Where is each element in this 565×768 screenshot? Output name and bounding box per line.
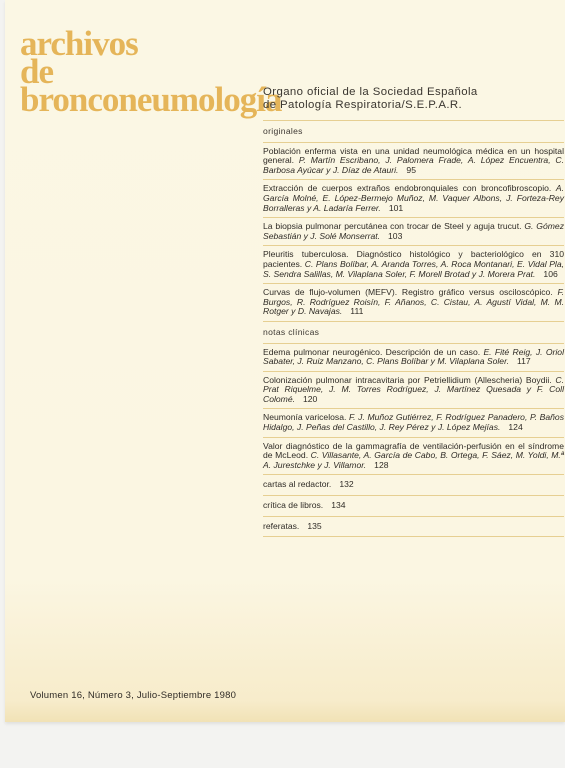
entry-label: cartas al redactor. xyxy=(263,479,331,489)
article-title: Edema pulmonar neurogénico. Descripción … xyxy=(263,347,480,357)
toc-entry-short[interactable]: cartas al redactor.132 xyxy=(263,475,564,496)
toc-entry[interactable]: La biopsia pulmonar percutánea con troca… xyxy=(263,218,564,246)
entry-label: crítica de libros. xyxy=(263,500,323,510)
article-title: Curvas de flujo-volumen (MEFV). Registro… xyxy=(263,287,553,297)
section-heading: originales xyxy=(263,121,564,143)
subtitle-line-2: de Patología Respiratoria/S.E.P.A.R. xyxy=(263,99,563,112)
toc-entry[interactable]: Edema pulmonar neurogénico. Descripción … xyxy=(263,344,564,372)
masthead-line-3: bronconeumología xyxy=(20,86,281,114)
table-of-contents: originalesPoblación enferma vista en una… xyxy=(263,120,564,537)
article-title: Colonización pulmonar intracavitaria por… xyxy=(263,375,552,385)
section-heading: notas clínicas xyxy=(263,322,564,344)
article-page-number: 111 xyxy=(350,306,363,316)
toc-entry-short[interactable]: crítica de libros.134 xyxy=(263,496,564,517)
toc-entry[interactable]: Neumonía varicelosa. F. J. Muñoz Gutiérr… xyxy=(263,409,564,437)
toc-entry[interactable]: Curvas de flujo-volumen (MEFV). Registro… xyxy=(263,284,564,322)
toc-entry[interactable]: Extracción de cuerpos extraños endobronq… xyxy=(263,180,564,218)
article-page-number: 106 xyxy=(543,269,557,279)
article-page-number: 101 xyxy=(389,203,403,213)
article-page-number: 120 xyxy=(303,394,317,404)
toc-entry[interactable]: Población enferma vista en una unidad ne… xyxy=(263,143,564,181)
journal-masthead: archivos de bronconeumología xyxy=(20,30,281,114)
journal-subtitle: Organo oficial de la Sociedad Española d… xyxy=(263,86,563,111)
entry-page-number: 132 xyxy=(339,479,353,489)
entry-page-number: 135 xyxy=(307,521,321,531)
toc-entry[interactable]: Colonización pulmonar intracavitaria por… xyxy=(263,372,564,410)
article-page-number: 117 xyxy=(517,356,531,366)
article-authors: C. Villasante, A. García de Cabo, B. Ort… xyxy=(263,450,564,470)
entry-label: referatas. xyxy=(263,521,299,531)
article-page-number: 103 xyxy=(388,231,402,241)
article-title: Neumonía varicelosa. xyxy=(263,412,346,422)
toc-entry-short[interactable]: referatas.135 xyxy=(263,517,564,538)
article-page-number: 128 xyxy=(374,460,388,470)
entry-page-number: 134 xyxy=(331,500,345,510)
masthead-line-1: archivos xyxy=(20,30,281,58)
article-title: Extracción de cuerpos extraños endobronq… xyxy=(263,183,551,193)
article-authors: C. Plans Bolíbar, A. Aranda Torres, A. R… xyxy=(263,259,564,279)
article-title: La biopsia pulmonar percutánea con troca… xyxy=(263,221,521,231)
journal-cover-page: archivos de bronconeumología Organo ofic… xyxy=(5,0,565,722)
article-page-number: 124 xyxy=(508,422,522,432)
toc-entry[interactable]: Pleuritis tuberculosa. Diagnóstico histo… xyxy=(263,246,564,284)
issue-info: Volumen 16, Número 3, Julio-Septiembre 1… xyxy=(30,690,236,701)
article-page-number: 95 xyxy=(406,165,416,175)
toc-entry[interactable]: Valor diagnóstico de la gammagrafía de v… xyxy=(263,438,564,476)
subtitle-line-1: Organo oficial de la Sociedad Española xyxy=(263,86,563,99)
